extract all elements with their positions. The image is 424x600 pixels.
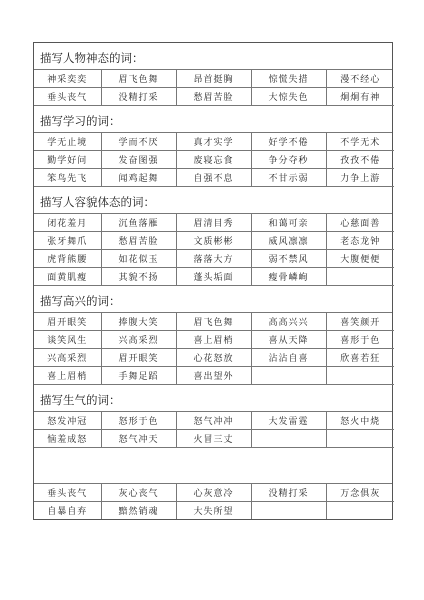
idiom-cell: 喜笑颜开 <box>326 313 394 331</box>
section-title: 描写人容貌体态的词： <box>34 187 392 214</box>
word-table: 眉开眼笑捧腹大笑眉飞色舞高高兴兴喜笑颜开谈笑风生兴高采烈喜上眉梢喜从天降喜形于色… <box>34 313 394 385</box>
section-title: 描写人物神态的词： <box>34 43 392 70</box>
word-section: 描写高兴的词：眉开眼笑捧腹大笑眉飞色舞高高兴兴喜笑颜开谈笑风生兴高采烈喜上眉梢喜… <box>34 286 392 385</box>
idiom-cell: 勤学好问 <box>34 151 101 169</box>
idiom-cell: 真才实学 <box>176 133 251 151</box>
idiom-cell: 火冒三丈 <box>176 430 251 448</box>
idiom-cell: 面黄肌瘦 <box>34 268 101 286</box>
section-title: 描写生气的词： <box>34 385 392 412</box>
idiom-cell: 不甘示弱 <box>251 169 326 187</box>
idiom-cell: 心灰意冷 <box>176 484 251 502</box>
idiom-cell: 昂首挺胸 <box>176 70 251 88</box>
table-row: 兴高采烈眉开眼笑心花怒放沾沾自喜欣喜若狂 <box>34 349 394 367</box>
idiom-cell: 手舞足蹈 <box>101 367 176 385</box>
idiom-cell: 喜上眉梢 <box>176 331 251 349</box>
idiom-cell <box>326 502 394 520</box>
table-row: 学无止境学而不厌真才实学好学不倦不学无术 <box>34 133 394 151</box>
idiom-cell: 眉飞色舞 <box>176 313 251 331</box>
idiom-cell: 眉清目秀 <box>176 214 251 232</box>
idiom-cell: 自暴自弃 <box>34 502 101 520</box>
idiom-cell: 闻鸡起舞 <box>101 169 176 187</box>
idiom-cell: 黯然销魂 <box>101 502 176 520</box>
idiom-cell: 怒火中烧 <box>326 412 394 430</box>
idiom-cell: 沾沾自喜 <box>251 349 326 367</box>
section-title: 描写学习的词： <box>34 106 392 133</box>
idiom-cell <box>326 268 394 286</box>
idiom-cell: 沉鱼落雁 <box>101 214 176 232</box>
idiom-cell: 学而不厌 <box>101 133 176 151</box>
word-section: 描写人容貌体态的词：闭花羞月沉鱼落雁眉清目秀和蔼可亲心慈面善张牙舞爪愁眉苦脸文质… <box>34 187 392 286</box>
idiom-cell: 虎背熊腰 <box>34 250 101 268</box>
word-section: 描写生气的词：怒发冲冠怒形于色怒气冲冲大发雷霆怒火中烧恼羞成怒怒气冲天火冒三丈 <box>34 385 392 448</box>
word-section: 描写人物神态的词：神采奕奕眉飞色舞昂首挺胸惊慌失措漫不经心垂头丧气没精打采愁眉苦… <box>34 43 392 106</box>
idiom-cell: 大失所望 <box>176 502 251 520</box>
idiom-cell: 废寝忘食 <box>176 151 251 169</box>
table-row: 自暴自弃黯然销魂大失所望 <box>34 502 394 520</box>
section-title: 描写高兴的词： <box>34 286 392 313</box>
idiom-cell: 好学不倦 <box>251 133 326 151</box>
idiom-cell: 兴高采烈 <box>34 349 101 367</box>
idiom-cell: 大腹便便 <box>326 250 394 268</box>
idiom-cell: 漫不经心 <box>326 70 394 88</box>
idiom-cell: 和蔼可亲 <box>251 214 326 232</box>
table-row: 笨鸟先飞闻鸡起舞自强不息不甘示弱力争上游 <box>34 169 394 187</box>
idiom-cell: 兴高采烈 <box>101 331 176 349</box>
table-row: 勤学好问发奋图强废寝忘食争分夺秒孜孜不倦 <box>34 151 394 169</box>
idiom-cell: 闭花羞月 <box>34 214 101 232</box>
idiom-cell <box>251 502 326 520</box>
table-row: 喜上眉梢手舞足蹈喜出望外 <box>34 367 394 385</box>
idiom-cell: 愁眉苦脸 <box>101 232 176 250</box>
idiom-cell: 神采奕奕 <box>34 70 101 88</box>
idiom-cell: 瘦骨嶙峋 <box>251 268 326 286</box>
idiom-cell: 炯炯有神 <box>326 88 394 106</box>
idiom-cell: 欣喜若狂 <box>326 349 394 367</box>
idiom-cell: 没精打采 <box>251 484 326 502</box>
word-table: 学无止境学而不厌真才实学好学不倦不学无术勤学好问发奋图强废寝忘食争分夺秒孜孜不倦… <box>34 133 394 187</box>
word-section: 垂头丧气灰心丧气心灰意冷没精打采万念俱灰自暴自弃黯然销魂大失所望 <box>34 448 392 519</box>
table-row: 谈笑风生兴高采烈喜上眉梢喜从天降喜形于色 <box>34 331 394 349</box>
idiom-cell: 如花似玉 <box>101 250 176 268</box>
word-table: 神采奕奕眉飞色舞昂首挺胸惊慌失措漫不经心垂头丧气没精打采愁眉苦脸大惊失色炯炯有神 <box>34 70 394 106</box>
word-table: 垂头丧气灰心丧气心灰意冷没精打采万念俱灰自暴自弃黯然销魂大失所望 <box>34 484 394 519</box>
idiom-cell: 文质彬彬 <box>176 232 251 250</box>
idiom-cell: 惊慌失措 <box>251 70 326 88</box>
idiom-cell: 威风凛凛 <box>251 232 326 250</box>
idiom-cell: 心花怒放 <box>176 349 251 367</box>
idiom-cell: 没精打采 <box>101 88 176 106</box>
idiom-cell: 怒发冲冠 <box>34 412 101 430</box>
idiom-cell: 弱不禁风 <box>251 250 326 268</box>
idiom-cell: 愁眉苦脸 <box>176 88 251 106</box>
word-table: 闭花羞月沉鱼落雁眉清目秀和蔼可亲心慈面善张牙舞爪愁眉苦脸文质彬彬威风凛凛老态龙钟… <box>34 214 394 286</box>
idiom-cell: 其貌不扬 <box>101 268 176 286</box>
idiom-cell: 眉开眼笑 <box>101 349 176 367</box>
word-section: 描写学习的词：学无止境学而不厌真才实学好学不倦不学无术勤学好问发奋图强废寝忘食争… <box>34 106 392 187</box>
idiom-cell: 眉开眼笑 <box>34 313 101 331</box>
idiom-cell <box>326 367 394 385</box>
table-row: 张牙舞爪愁眉苦脸文质彬彬威风凛凛老态龙钟 <box>34 232 394 250</box>
table-row: 面黄肌瘦其貌不扬蓬头垢面瘦骨嶙峋 <box>34 268 394 286</box>
idiom-cell: 垂头丧气 <box>34 484 101 502</box>
idiom-cell: 自强不息 <box>176 169 251 187</box>
idiom-cell: 万念俱灰 <box>326 484 394 502</box>
idiom-cell <box>251 430 326 448</box>
table-row: 怒发冲冠怒形于色怒气冲冲大发雷霆怒火中烧 <box>34 412 394 430</box>
table-row: 垂头丧气灰心丧气心灰意冷没精打采万念俱灰 <box>34 484 394 502</box>
vocabulary-sheet: 描写人物神态的词：神采奕奕眉飞色舞昂首挺胸惊慌失措漫不经心垂头丧气没精打采愁眉苦… <box>33 42 393 520</box>
idiom-cell: 恼羞成怒 <box>34 430 101 448</box>
table-row: 虎背熊腰如花似玉落落大方弱不禁风大腹便便 <box>34 250 394 268</box>
idiom-cell: 怒气冲冲 <box>176 412 251 430</box>
idiom-cell: 力争上游 <box>326 169 394 187</box>
idiom-cell <box>326 430 394 448</box>
table-row: 垂头丧气没精打采愁眉苦脸大惊失色炯炯有神 <box>34 88 394 106</box>
idiom-cell: 孜孜不倦 <box>326 151 394 169</box>
idiom-cell: 争分夺秒 <box>251 151 326 169</box>
idiom-cell: 喜出望外 <box>176 367 251 385</box>
idiom-cell: 捧腹大笑 <box>101 313 176 331</box>
idiom-cell: 落落大方 <box>176 250 251 268</box>
table-row: 恼羞成怒怒气冲天火冒三丈 <box>34 430 394 448</box>
idiom-cell: 眉飞色舞 <box>101 70 176 88</box>
idiom-cell: 高高兴兴 <box>251 313 326 331</box>
idiom-cell: 垂头丧气 <box>34 88 101 106</box>
idiom-cell: 喜上眉梢 <box>34 367 101 385</box>
table-row: 眉开眼笑捧腹大笑眉飞色舞高高兴兴喜笑颜开 <box>34 313 394 331</box>
table-row: 神采奕奕眉飞色舞昂首挺胸惊慌失措漫不经心 <box>34 70 394 88</box>
idiom-cell: 笨鸟先飞 <box>34 169 101 187</box>
idiom-cell: 大发雷霆 <box>251 412 326 430</box>
idiom-cell: 蓬头垢面 <box>176 268 251 286</box>
idiom-cell: 心慈面善 <box>326 214 394 232</box>
table-row: 闭花羞月沉鱼落雁眉清目秀和蔼可亲心慈面善 <box>34 214 394 232</box>
idiom-cell: 怒形于色 <box>101 412 176 430</box>
section-title <box>34 448 392 484</box>
idiom-cell: 喜从天降 <box>251 331 326 349</box>
idiom-cell: 大惊失色 <box>251 88 326 106</box>
word-table: 怒发冲冠怒形于色怒气冲冲大发雷霆怒火中烧恼羞成怒怒气冲天火冒三丈 <box>34 412 394 448</box>
idiom-cell: 张牙舞爪 <box>34 232 101 250</box>
idiom-cell: 发奋图强 <box>101 151 176 169</box>
idiom-cell: 老态龙钟 <box>326 232 394 250</box>
idiom-cell: 怒气冲天 <box>101 430 176 448</box>
idiom-cell: 不学无术 <box>326 133 394 151</box>
idiom-cell <box>251 367 326 385</box>
idiom-cell: 学无止境 <box>34 133 101 151</box>
idiom-cell: 谈笑风生 <box>34 331 101 349</box>
idiom-cell: 灰心丧气 <box>101 484 176 502</box>
idiom-cell: 喜形于色 <box>326 331 394 349</box>
